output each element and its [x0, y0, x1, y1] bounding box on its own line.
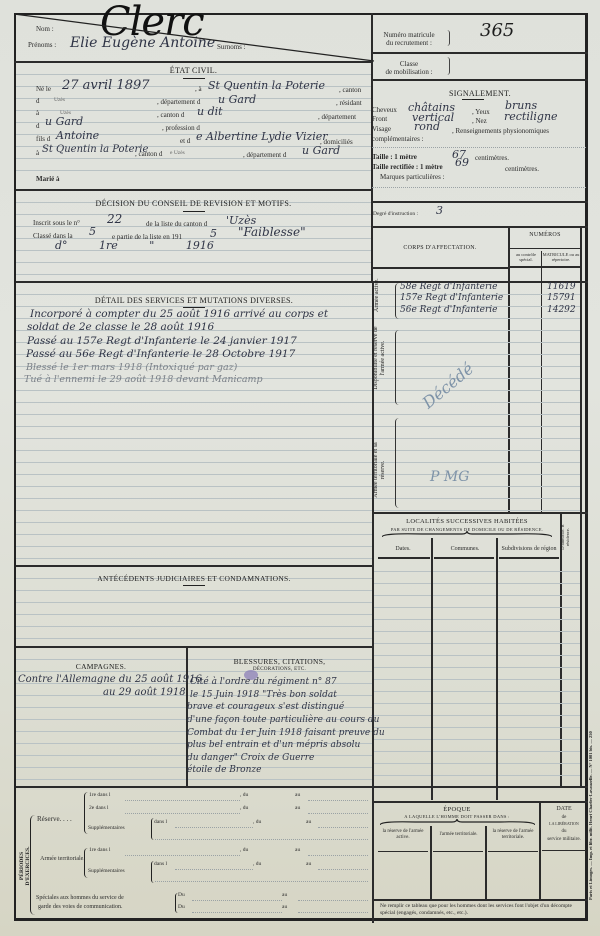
- column-divider: [580, 228, 582, 788]
- departement-value: u Gard: [45, 116, 83, 127]
- dotted-line: [192, 900, 282, 901]
- au-label: au: [306, 820, 311, 826]
- col-dates-header: Dates.: [374, 546, 432, 552]
- divider: [374, 899, 588, 901]
- title-underline: [462, 99, 484, 100]
- divider: [372, 267, 508, 269]
- title-underline: [183, 585, 205, 586]
- a-label: à: [36, 150, 39, 157]
- date-service-label: service militaire.: [541, 837, 587, 842]
- motif-value: "Faiblesse": [238, 226, 306, 238]
- centimetres-label: centimètres.: [475, 155, 509, 162]
- inscrit-label: Inscrit sous le n°: [33, 220, 80, 227]
- detail-services-title: DÉTAIL DES SERVICES ET MUTATIONS DIVERSE…: [16, 296, 372, 305]
- campagnes-title: CAMPAGNES.: [16, 662, 186, 671]
- divider: [499, 557, 559, 559]
- brace-icon: [395, 283, 399, 319]
- nez-value: rectiligne: [504, 111, 558, 122]
- dotted-line: [308, 800, 368, 801]
- citation-line: d'une façon toute particulière au cours …: [187, 716, 379, 725]
- matricule-number: 11619: [547, 283, 576, 292]
- complementaires-label: complémentaires :: [372, 136, 424, 143]
- col-territoriale-header: l'armée territoriale.: [432, 832, 485, 838]
- divider: [378, 557, 430, 559]
- col-controle-header: au contrôle spécial.: [511, 252, 541, 263]
- dans-label: dans l: [154, 820, 167, 826]
- dotted-line: [308, 813, 368, 814]
- numeros-title: NUMÉROS: [509, 232, 581, 238]
- mere-label: et d: [180, 138, 190, 145]
- departement-label: , département d: [157, 99, 200, 106]
- reserve-1-label: 1re dans l: [89, 793, 110, 799]
- signalement-title: SIGNALEMENT.: [372, 89, 588, 98]
- corps-name: 58e Regt d'Infanterie: [400, 283, 498, 292]
- du-label: , du: [240, 793, 248, 799]
- date-title: DATE: [541, 806, 587, 812]
- supplementaires-label: Supplémentaires: [88, 826, 125, 832]
- divider: [372, 79, 588, 81]
- divider: [433, 851, 483, 852]
- pencil-annotation: P MG: [430, 470, 469, 484]
- ne-le-label: Né le: [36, 86, 51, 93]
- service-line: Passé au 56e Regt d'Infanterie le 28 Oct…: [26, 349, 295, 360]
- citation-line: le 15 Juin 1918 "Très bon soldat: [190, 691, 337, 700]
- speciales-label: garde des voies de communication.: [38, 904, 122, 910]
- brace-icon: [395, 418, 399, 508]
- service-line: Passé au 157e Regt d'Infanterie le 24 ja…: [27, 336, 297, 347]
- dotted-line: [155, 839, 368, 840]
- dotted-line: [125, 813, 240, 814]
- corps-affectation-title: CORPS D'AFFECTATION.: [372, 245, 508, 251]
- degre-instruction-value: 3: [436, 205, 443, 216]
- classe-dans-value: 5: [89, 226, 96, 237]
- d-label: d: [36, 123, 40, 130]
- territoriale-label: Armée territoriale.: [40, 856, 85, 863]
- taille-label: Taille : 1 mètre: [372, 154, 417, 161]
- etat-civil-title: ÉTAT CIVIL.: [16, 66, 371, 75]
- territoriale-1-label: 1re dans l: [89, 848, 110, 854]
- domicile-value: St Quentin la Poterie: [42, 145, 148, 155]
- divider: [510, 248, 580, 249]
- reserve-label: Réserve. . . .: [37, 816, 72, 823]
- canton-label: , canton d: [157, 112, 184, 119]
- service-line: Incorporé à compter du 25 août 1916 arri…: [30, 309, 328, 320]
- lieu-naissance-value: St Quentin la Poterie: [208, 80, 325, 91]
- departement-value: u Gard: [218, 94, 256, 105]
- nez-label: , Nez: [472, 118, 487, 125]
- citation-line: Combat du 1er Juin 1918 faisant preuve d…: [187, 729, 385, 738]
- citation-line: plus bel entrain et d'un mépris absolu: [187, 741, 360, 750]
- brace-icon: [30, 815, 35, 915]
- au-label: au: [295, 806, 300, 812]
- au-label: au: [295, 848, 300, 854]
- ne-le-value: 27 avril 1897: [62, 79, 150, 92]
- date-liberation-label: LA LIBÉRATION: [541, 822, 587, 826]
- a-label: , à: [195, 86, 202, 93]
- dotted-line: [372, 147, 586, 148]
- brace-icon: [447, 30, 450, 46]
- du-label: , du: [240, 848, 248, 854]
- centimetres-label: centimètres.: [505, 166, 539, 173]
- date-du-label: du: [541, 829, 587, 834]
- column-divider: [496, 538, 498, 800]
- corps-name: 56e Regt d'Infanterie: [400, 306, 498, 315]
- marie-label: Marié à: [36, 176, 60, 183]
- divider: [372, 52, 588, 54]
- col-reserve-active-header: la réserve de l'armée active.: [376, 829, 430, 841]
- corps-ruled-area: [373, 283, 580, 512]
- column-divider: [431, 538, 433, 800]
- col-communes-header: Communes.: [432, 546, 498, 552]
- divider: [488, 851, 538, 852]
- corps-name: 157e Regt d'Infanterie: [400, 294, 503, 303]
- col-matricule-header: MATRICULE ou au répertoire.: [542, 252, 580, 263]
- classe-label: Classe de mobilisation :: [374, 61, 444, 76]
- divider: [434, 557, 494, 559]
- visage-value: rond: [414, 121, 440, 132]
- title-underline: [183, 78, 205, 79]
- armee-active-label: Armée active.: [374, 282, 381, 312]
- date-de-label: de: [541, 815, 587, 820]
- antecedents-title: ANTÉCÉDENTS JUDICIAIRES ET CONDAMNATIONS…: [16, 574, 372, 583]
- yeux-label: , Yeux: [472, 109, 490, 116]
- col-reserve-territoriale-header: la réserve de l'armée territoriale.: [487, 829, 539, 841]
- divider: [372, 226, 588, 228]
- printer-imprint: Paris et Limoges. — Imp. et libr. milit.…: [589, 520, 594, 900]
- citation-line: étoile de Bronze: [187, 766, 261, 775]
- renseignements-label: , Renseignements physionomiques: [452, 128, 549, 135]
- matricule-number: 14292: [547, 306, 576, 315]
- front-label: Front: [372, 116, 387, 123]
- dotted-line: [298, 900, 368, 901]
- au-label: au: [295, 793, 300, 799]
- dotted-line: [155, 881, 368, 882]
- degre-instruction-label: Degré d'instruction :: [373, 212, 418, 218]
- a-label: à: [36, 110, 39, 117]
- cheveux-label: Cheveux: [372, 107, 397, 114]
- dotted-line: [125, 800, 240, 801]
- dotted-line: [175, 869, 253, 870]
- canton-label: , canton d: [135, 151, 162, 158]
- mere-value: e Albertine Lydie Vizier: [196, 131, 328, 142]
- decision-line-2: d° 1re " 1916: [55, 240, 214, 251]
- service-line: soldat de 2e classe le 28 août 1916: [27, 322, 214, 333]
- citation-line: brave et courageux s'est distingué: [187, 703, 344, 712]
- col-subdivisions-header: Subdivisions de région: [497, 546, 561, 552]
- canton-value: Uzès: [54, 98, 65, 104]
- decision-title: DÉCISION DU CONSEIL DE REVISION ET MOTIF…: [16, 199, 371, 208]
- fils-label: fils d: [36, 136, 50, 143]
- campagne-line: au 29 août 1918: [103, 688, 186, 698]
- pere-value: Antoine: [56, 130, 99, 141]
- du-label: , du: [240, 806, 248, 812]
- matricule-value: 365: [480, 22, 514, 40]
- visage-label: Visage: [372, 126, 391, 133]
- annee-value: 5: [210, 228, 217, 239]
- matricule-label: Numéro matricule du recrutement :: [374, 32, 444, 47]
- departement-label: , département d: [243, 152, 286, 159]
- brace-icon: [382, 531, 552, 539]
- au-label: au: [282, 905, 287, 911]
- blessures-subtitle: DÉCORATIONS, ETC.: [187, 667, 372, 672]
- epoque-note: Ne remplir ce tableau que pour les homme…: [380, 903, 585, 917]
- departement-value: u Gard: [302, 145, 340, 156]
- localites-title: LOCALITÉS SUCCESSIVES HABITÉES: [374, 518, 560, 525]
- service-line: Tué à l'ennemi le 29 août 1918 devant Ma…: [24, 375, 263, 385]
- dans-label: dans l: [154, 862, 167, 868]
- divider: [378, 851, 428, 852]
- du-label: , du: [253, 820, 261, 826]
- territoriale-label: Armée territoriale et sa réserve.: [373, 435, 386, 505]
- dotted-line: [298, 912, 368, 913]
- canton-value: u dit: [197, 106, 223, 117]
- dotted-line: [192, 912, 282, 913]
- diagonal-divider-icon: [14, 13, 374, 63]
- matricule-number: 15791: [547, 294, 576, 303]
- divider: [372, 512, 588, 514]
- title-underline: [183, 211, 205, 212]
- speciales-label: Spéciales aux hommes du service de: [36, 895, 124, 901]
- dotted-line: [308, 855, 368, 856]
- taille-rectifiee-value: 69: [455, 157, 469, 168]
- canton-label: , canton: [339, 87, 361, 94]
- disponibilite-label: Disponibilité et réserve de l'armée acti…: [373, 318, 386, 398]
- dotted-line: [175, 827, 253, 828]
- blessures-title: BLESSURES, CITATIONS,: [187, 657, 372, 666]
- divider: [16, 786, 588, 788]
- dotted-line: [318, 827, 368, 828]
- du-label: , du: [253, 862, 261, 868]
- citation-line: du danger" Croix de Guerre: [187, 754, 314, 763]
- du-label: Du: [178, 905, 185, 911]
- service-line: Blessé le 1er mars 1918 (Intoxiqué par g…: [26, 363, 237, 373]
- inscrit-value: 22: [107, 213, 122, 225]
- d-label: d: [36, 98, 40, 105]
- liste-canton-label: de la liste du canton d: [146, 221, 207, 228]
- au-label: au: [306, 862, 311, 868]
- dotted-line: [318, 869, 368, 870]
- profession-label: , profession d: [162, 125, 200, 132]
- residant-label: , résidant: [336, 100, 362, 107]
- dotted-line: [125, 855, 240, 856]
- domicile-residence-header: D domicile. R résidence.: [561, 519, 571, 555]
- au-label: au: [282, 893, 287, 899]
- supplementaires-label: Supplémentaires: [88, 869, 125, 875]
- citation-line: Cité à l'ordre du régiment n° 87: [190, 678, 337, 687]
- campagne-line: Contre l'Allemagne du 25 août 1916: [18, 675, 202, 685]
- divider: [374, 801, 588, 803]
- marques-label: Marques particulières :: [380, 174, 445, 181]
- epoque-title: ÉPOQUE: [374, 806, 540, 813]
- divider: [510, 266, 580, 268]
- departement-label: , département: [318, 114, 356, 121]
- du-label: Du: [178, 893, 185, 899]
- column-divider: [372, 283, 374, 513]
- brace-icon: [395, 330, 399, 405]
- localites-ruled-area: [374, 560, 580, 798]
- divider: [542, 850, 586, 851]
- canton-value: e Uzès: [170, 151, 185, 157]
- dotted-line: [372, 187, 586, 188]
- brace-icon: [380, 819, 535, 827]
- divider: [372, 201, 588, 203]
- taille-rectifiee-label: Taille rectifiée : 1 mètre: [372, 164, 443, 171]
- reserve-2-label: 2e dans l: [89, 806, 109, 812]
- brace-icon: [447, 57, 450, 75]
